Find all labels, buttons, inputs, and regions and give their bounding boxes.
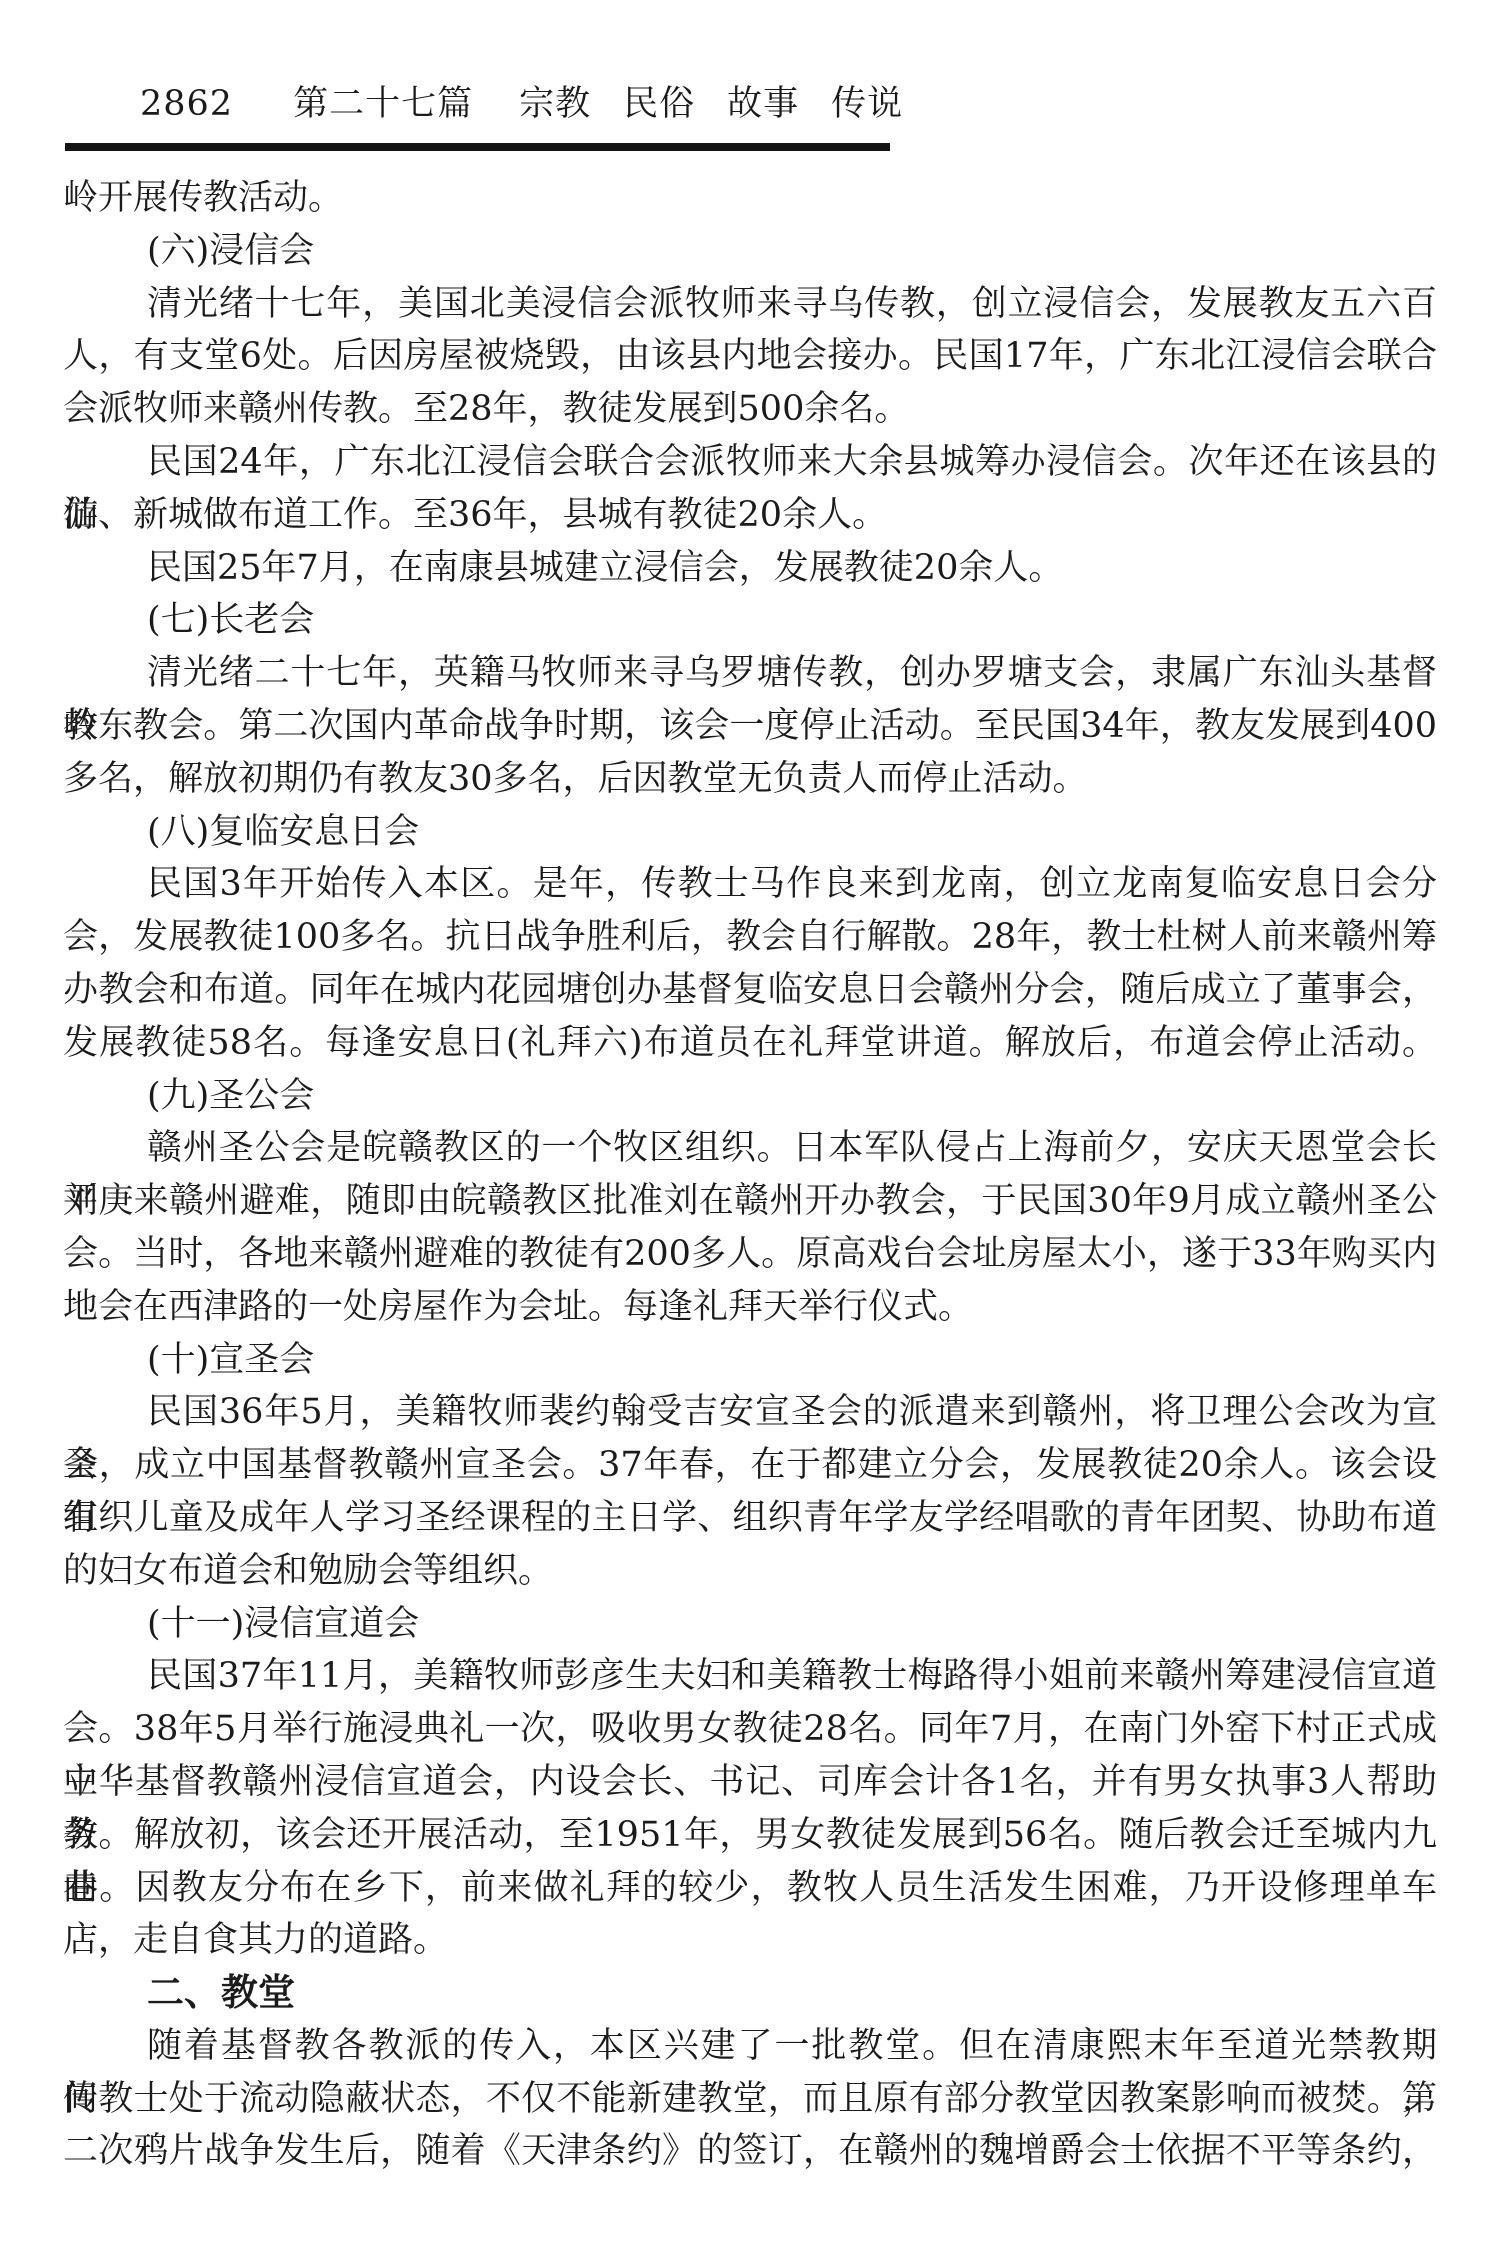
body-line: 会，发展教徒100多名。抗日战争胜利后，教会自行解散。28年，教士杜树人前来赣州… — [63, 911, 1437, 964]
body-line: 民国3年开始传入本区。是年，传教士马作良来到龙南，创立龙南复临安息日会分 — [63, 858, 1437, 911]
body-line: 办教会和布道。同年在城内花园塘创办基督复临安息日会赣州分会，随后成立了董事会， — [63, 964, 1437, 1017]
header-rule — [65, 143, 890, 151]
section-heading: (八)复临安息日会 — [63, 806, 1437, 859]
page-number: 2862 — [140, 84, 233, 124]
section-heading: (十)宣圣会 — [63, 1334, 1437, 1387]
body-line: 二次鸦片战争发生后，随着《天津条约》的签订，在赣州的魏增爵会士依据不平等条约， — [63, 2125, 1437, 2178]
body-line: 巷。因教友分布在乡下，前来做礼拜的较少，教牧人员生活发生困难，乃开设修理单车 — [63, 1862, 1437, 1915]
body-line: 会派牧师来赣州传教。至28年，教徒发展到500余名。 — [63, 383, 1437, 436]
header-topic: 故事 — [727, 76, 799, 126]
body-line: 岭东教会。第二次国内革命战争时期，该会一度停止活动。至民国34年，教友发展到40… — [63, 700, 1437, 753]
subsection-heading: 二、教堂 — [63, 1967, 1437, 2020]
section-heading: (九)圣公会 — [63, 1070, 1437, 1123]
body-line: 清光绪十七年，美国北美浸信会派牧师来寻乌传教，创立浸信会，发展教友五六百 — [63, 278, 1437, 331]
body-line: 发展教徒58名。每逢安息日(礼拜六)布道员在礼拜堂讲道。解放后，布道会停止活动。 — [63, 1017, 1437, 1070]
header-topics: 宗教民俗故事传说 — [519, 76, 903, 126]
body-line: 民国37年11月，美籍牧师彭彦生夫妇和美籍教士梅路得小姐前来赣州筹建浸信宣道 — [63, 1650, 1437, 1703]
body-line: 民国24年，广东北江浸信会联合会派牧师来大余县城筹办浸信会。次年还在该县的游 — [63, 436, 1437, 489]
body-line: 人，有支堂6处。后因房屋被烧毁，由该县内地会接办。民国17年，广东北江浸信会联合 — [63, 330, 1437, 383]
body-line: 务。解放初，该会还开展活动，至1951年，男女教徒发展到56名。随后教会迁至城内… — [63, 1809, 1437, 1862]
body-line: 多名，解放初期仍有教友30多名，后因教堂无负责人而停止活动。 — [63, 753, 1437, 806]
body-line: 会，成立中国基督教赣州宣圣会。37年春，在于都建立分会，发展教徒20余人。该会设… — [63, 1439, 1437, 1492]
body-line: 店，走自食其力的道路。 — [63, 1914, 1437, 1967]
body-line: 仙、新城做布道工作。至36年，县城有教徒20余人。 — [63, 489, 1437, 542]
section-heading: (十一)浸信宣道会 — [63, 1598, 1437, 1651]
body-line: 赣州圣公会是皖赣教区的一个牧区组织。日本军队侵占上海前夕，安庆天恩堂会长刘 — [63, 1122, 1437, 1175]
page-body: 岭开展传教活动。(六)浸信会清光绪十七年，美国北美浸信会派牧师来寻乌传教，创立浸… — [63, 172, 1437, 2178]
body-line: 的妇女布道会和勉励会等组织。 — [63, 1545, 1437, 1598]
header-topic: 民俗 — [623, 76, 695, 126]
scanned-book-page: 2862 第二十七篇 宗教民俗故事传说 岭开展传教活动。(六)浸信会清光绪十七年… — [0, 0, 1500, 2264]
body-line: 中华基督教赣州浸信宣道会，内设会长、书记、司库会计各1名，并有男女执事3人帮助教 — [63, 1756, 1437, 1809]
header-topic: 传说 — [831, 76, 903, 126]
body-line: 会。当时，各地来赣州避难的教徒有200多人。原高戏台会址房屋太小，遂于33年购买… — [63, 1228, 1437, 1281]
body-line: 地会在西津路的一处房屋作为会址。每逢礼拜天举行仪式。 — [63, 1281, 1437, 1334]
body-line: 民国36年5月，美籍牧师裴约翰受吉安宣圣会的派遣来到赣州，将卫理公会改为宣圣 — [63, 1386, 1437, 1439]
section-heading: (六)浸信会 — [63, 225, 1437, 278]
chapter-title: 第二十七篇 — [293, 76, 473, 126]
header-topic: 宗教 — [519, 76, 591, 126]
running-head: 2862 第二十七篇 宗教民俗故事传说 — [140, 76, 903, 126]
body-line: 清光绪二十七年，英籍马牧师来寻乌罗塘传教，创办罗塘支会，隶属广东汕头基督教 — [63, 647, 1437, 700]
body-line: 会。38年5月举行施浸典礼一次，吸收男女教徒28名。同年7月，在南门外窑下村正式… — [63, 1703, 1437, 1756]
body-line: 平庚来赣州避难，随即由皖赣教区批准刘在赣州开办教会，于民国30年9月成立赣州圣公 — [63, 1175, 1437, 1228]
body-line: 随着基督教各教派的传入，本区兴建了一批教堂。但在清康熙末年至道光禁教期间， — [63, 2020, 1437, 2073]
body-line: 岭开展传教活动。 — [63, 172, 1437, 225]
body-line: 民国25年7月，在南康县城建立浸信会，发展教徒20余人。 — [63, 542, 1437, 595]
section-heading: (七)长老会 — [63, 594, 1437, 647]
body-line: 组织儿童及成年人学习圣经课程的主日学、组织青年学友学经唱歌的青年团契、协助布道 — [63, 1492, 1437, 1545]
body-line: 传教士处于流动隐蔽状态，不仅不能新建教堂，而且原有部分教堂因教案影响而被焚。第 — [63, 2073, 1437, 2126]
